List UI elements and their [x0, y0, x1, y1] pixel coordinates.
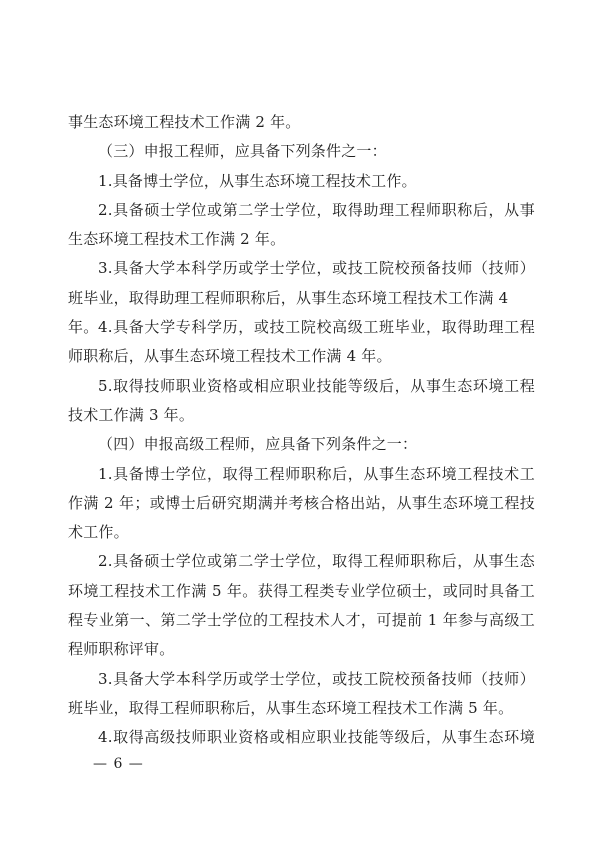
document-page: 事生态环境工程技术工作满 2 年。 （三）申报工程师，应具备下列条件之一： 1.…	[0, 0, 600, 848]
page-number: — 6 —	[93, 753, 144, 775]
text-line: 1.具备博士学位，从事生态环境工程技术工作。	[68, 167, 535, 196]
text-line: 2.具备硕士学位或第二学士学位，取得助理工程师职称后，从事	[68, 196, 535, 225]
text-line: 程专业第一、第二学士学位的工程技术人才，可提前 1 年参与高级工	[68, 606, 535, 635]
text-line: 生态环境工程技术工作满 2 年。	[68, 225, 535, 254]
text-line: 事生态环境工程技术工作满 2 年。	[68, 108, 535, 137]
text-line: 4.具备大学专科学历，或技工院校高级工班毕业，取得助理工程	[68, 313, 535, 342]
text-line: 1.具备博士学位，取得工程师职称后，从事生态环境工程技术工	[68, 460, 535, 489]
text-line: 技术工作满 3 年。	[68, 401, 535, 430]
text-line: （四）申报高级工程师，应具备下列条件之一：	[68, 430, 535, 459]
text-line: 4.取得高级技师职业资格或相应职业技能等级后，从事生态环境	[68, 723, 535, 752]
text-line: 作满 2 年；或博士后研究期满并考核合格出站，从事生态环境工程技	[68, 489, 535, 518]
document-body: 事生态环境工程技术工作满 2 年。 （三）申报工程师，应具备下列条件之一： 1.…	[68, 108, 535, 753]
text-line: 术工作。	[68, 518, 535, 547]
text-line: 班毕业，取得助理工程师职称后，从事生态环境工程技术工作满 4 年。	[68, 284, 535, 313]
text-line: 环境工程技术工作满 5 年。获得工程类专业学位硕士，或同时具备工	[68, 577, 535, 606]
text-line: 班毕业，取得工程师职称后，从事生态环境工程技术工作满 5 年。	[68, 694, 535, 723]
text-line: 5.取得技师职业资格或相应职业技能等级后，从事生态环境工程	[68, 372, 535, 401]
text-line: 师职称后，从事生态环境工程技术工作满 4 年。	[68, 342, 535, 371]
text-line: 2.具备硕士学位或第二学士学位，取得工程师职称后，从事生态	[68, 547, 535, 576]
text-line: 程师职称评审。	[68, 635, 535, 664]
text-line: （三）申报工程师，应具备下列条件之一：	[68, 137, 535, 166]
text-line: 3.具备大学本科学历或学士学位，或技工院校预备技师（技师）	[68, 254, 535, 283]
text-line: 3.具备大学本科学历或学士学位，或技工院校预备技师（技师）	[68, 665, 535, 694]
